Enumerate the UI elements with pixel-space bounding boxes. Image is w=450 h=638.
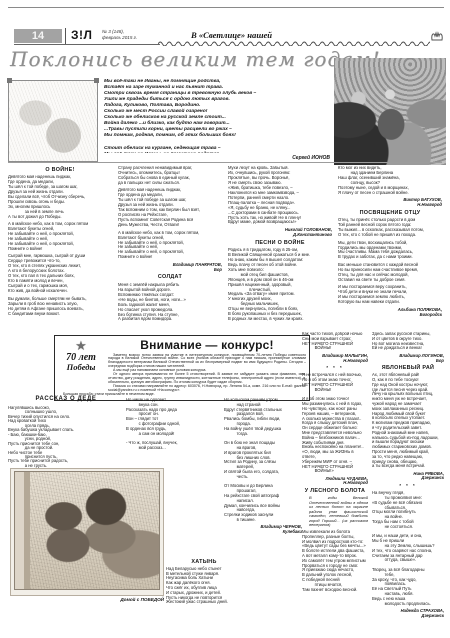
engraving-scene	[14, 471, 160, 590]
poem-title: У ЛЕСНОГО БОЛОТА	[302, 489, 368, 494]
poem-author: Альбина ПОЛЯКОВА, Богородск	[338, 308, 442, 318]
poem-author: Владимир ПАНКРАТОВ, Бор	[118, 263, 222, 273]
poem-verse: Мы, дети твои, восхищались тобой, Гордил…	[338, 241, 442, 261]
header-rule	[14, 44, 160, 45]
poem-verse: Отец, ты принёс столько радости в дом То…	[338, 218, 442, 238]
header-ornament-icon	[430, 28, 444, 42]
badge-text-pobedy: Победы	[58, 363, 104, 372]
hatyn-poem: ХАТЫНЬНад Беларусью небо стынет В метель…	[166, 558, 242, 634]
decorative-sketch	[8, 80, 98, 162]
story-title: РАССКАЗ О ДЕДЕ	[10, 396, 122, 402]
poem-author: Николай ГОЛОВАНОВ, Д.Константиново	[228, 228, 332, 238]
poem-verse: Как часто тихой, доброй ночью Сны мои вз…	[302, 332, 368, 351]
poem-verse: Девятого мая наденешь пиджак, Где ордена…	[118, 188, 222, 228]
poem-author: Людмила ЧУДАЕВА, Н.Новгород	[302, 477, 368, 487]
poem-verse: А в майское небо, как в том, сорок пятом…	[8, 222, 112, 252]
bottom-column-5: Здесь запах русской старины, И от цветов…	[372, 332, 444, 634]
page-top-rule	[8, 7, 444, 8]
poem-author: Надежда СТРАХОВА, Дзержинск	[372, 609, 444, 619]
poem-verse: Меня с землёй накрыла рябить На взрытой …	[118, 283, 222, 323]
poem-verse: Над Беларусью небо стынет В метельной ст…	[166, 567, 242, 605]
poem-title: ЯБЛОНЕВЫЙ РАЙ	[372, 366, 444, 371]
victory-70-badge: ★ 70 лет Победы	[58, 339, 104, 391]
poem-verse: Сыграй мне, гармошка, сыграй от души Сер…	[8, 254, 112, 294]
poem-verse: Но никак не одолеет внука сон. Рассказат…	[126, 398, 222, 451]
poem-verse: Здесь запах русской старины, И от цветов…	[372, 332, 444, 351]
wavy-rule	[158, 39, 430, 46]
poem-author: Виктор БАТУХОВ, Н.Новгород	[338, 198, 442, 208]
bottom-column-1: Нагулявшись высоко, солнышко ушло, Вечер…	[8, 406, 120, 468]
poem-verse: Мухи лезут на кровь. Забытый. Их, очнувш…	[228, 166, 332, 225]
bottom-column-2: Но никак не одолеет внука сон. Рассказат…	[126, 398, 222, 462]
poem-verse: Вы думали, больше смертям не бывать, Зар…	[8, 297, 112, 317]
bottom-section: ★ 70 лет Победы Внимание — конкурс! Заме…	[0, 332, 450, 638]
newspaper-page: 14 З!Л № 3 (148), февраль 2015 г. В «Све…	[0, 0, 450, 638]
contest-banner: ★ 70 лет Победы Внимание — конкурс! Заме…	[54, 335, 310, 401]
engraving-caption: Домой с ПОБЕДОЙ	[54, 597, 164, 602]
lead-poem: Мы всё-таки не Иваны, не помнящие родств…	[104, 79, 332, 153]
poem-verse: Девятого мая наденешь пиджак, Где ордена…	[8, 175, 112, 220]
poem-title: ХАТЫНЬ	[166, 560, 242, 565]
poem-column-3: Мухи лезут на кровь. Забытый. Их, очнувш…	[228, 166, 332, 331]
lead-poem-author: Сергей ИОНОВ	[104, 155, 330, 161]
poem-verse: Я не встречался с ней воочью, Но я об эт…	[302, 373, 368, 474]
poem-verse: Страну расчленил ненавидимый враг, Очнит…	[118, 166, 222, 186]
newspaper-logo: З!Л	[71, 28, 92, 42]
poem-verse: А в майское небо, как в том, сорок пятом…	[118, 231, 222, 261]
poem-author: Владимир ЧЕРНОВ, Кулебаки	[224, 525, 302, 535]
poem-author: Владимир ЛОГИНОВ, Бор	[372, 354, 444, 364]
poem-title: О ВОЙНЕ!	[8, 168, 112, 173]
veterans-photo	[334, 58, 446, 165]
poem-title: ПОСВЯЩЕНИЕ ОТЦУ	[338, 211, 442, 216]
poem-title: СОЛДАТ	[118, 275, 222, 280]
poem-verse: Родись я в тридцатом, году в 25-ом, В Ве…	[228, 248, 332, 322]
bottom-column-4: Как часто тихой, доброй ночью Сны мои вз…	[302, 332, 368, 634]
poem-verse: Вас меньше становится с каждой весной Но…	[338, 263, 442, 283]
poem-title: ПЕСНИ О ВОЙНЕ	[228, 241, 332, 246]
poem-verse: Но колыском ранним утром над страной Вдр…	[224, 398, 302, 523]
poem-verse: На внучку глядя, ты промолвил мне: «В су…	[372, 491, 444, 606]
poem-verse: Кто мог из них видеть, над зданием Берли…	[338, 166, 442, 196]
poem-column-2: Страну расчленил ненавидимый враг, Очнит…	[118, 166, 222, 331]
poem-epigraph: В годы Великой Отечественной войны в одн…	[302, 496, 368, 528]
issue-date: февраль 2015 г.	[102, 35, 137, 41]
poem-verse: Нагулявшись высоко, солнышко ушло, Вечер…	[8, 406, 120, 468]
page-number: 14	[14, 29, 62, 43]
poem-column-1: О ВОЙНЕ!Девятого мая наденешь пиджак, Гд…	[8, 166, 112, 331]
page-headline: Поклонись великим тем годам!	[10, 47, 340, 71]
header-divider	[65, 28, 66, 45]
poem-author: Нина РЯБОВА, Дзержинск	[372, 472, 444, 482]
stanza-separator: * * *	[302, 366, 368, 371]
columns-top-rule	[8, 162, 442, 163]
issue-info: № 3 (148), февраль 2015 г.	[102, 29, 137, 40]
poem-author: Владимир МАЛЫГИН, Н.Новгород	[302, 354, 368, 364]
poem-verse: Мы извлекали из болота Пропеллер, разные…	[302, 530, 368, 592]
bottom-column-3: Но колыском ранним утром над страной Вдр…	[224, 398, 302, 548]
victory-star-icon: ★	[58, 339, 104, 353]
stanza-separator: * * *	[372, 484, 444, 489]
section-title: В «Светлице» нашей	[186, 30, 277, 40]
poem-column-4: Кто мог из них видеть, над зданием Берли…	[338, 166, 442, 331]
poem-verse: Ах, этот яблоневый рай! О, как я по тебе…	[372, 373, 444, 469]
poem-verse: И мы постараемся веру сохранить, Чтоб де…	[338, 285, 442, 305]
homecoming-engraving	[10, 468, 164, 596]
